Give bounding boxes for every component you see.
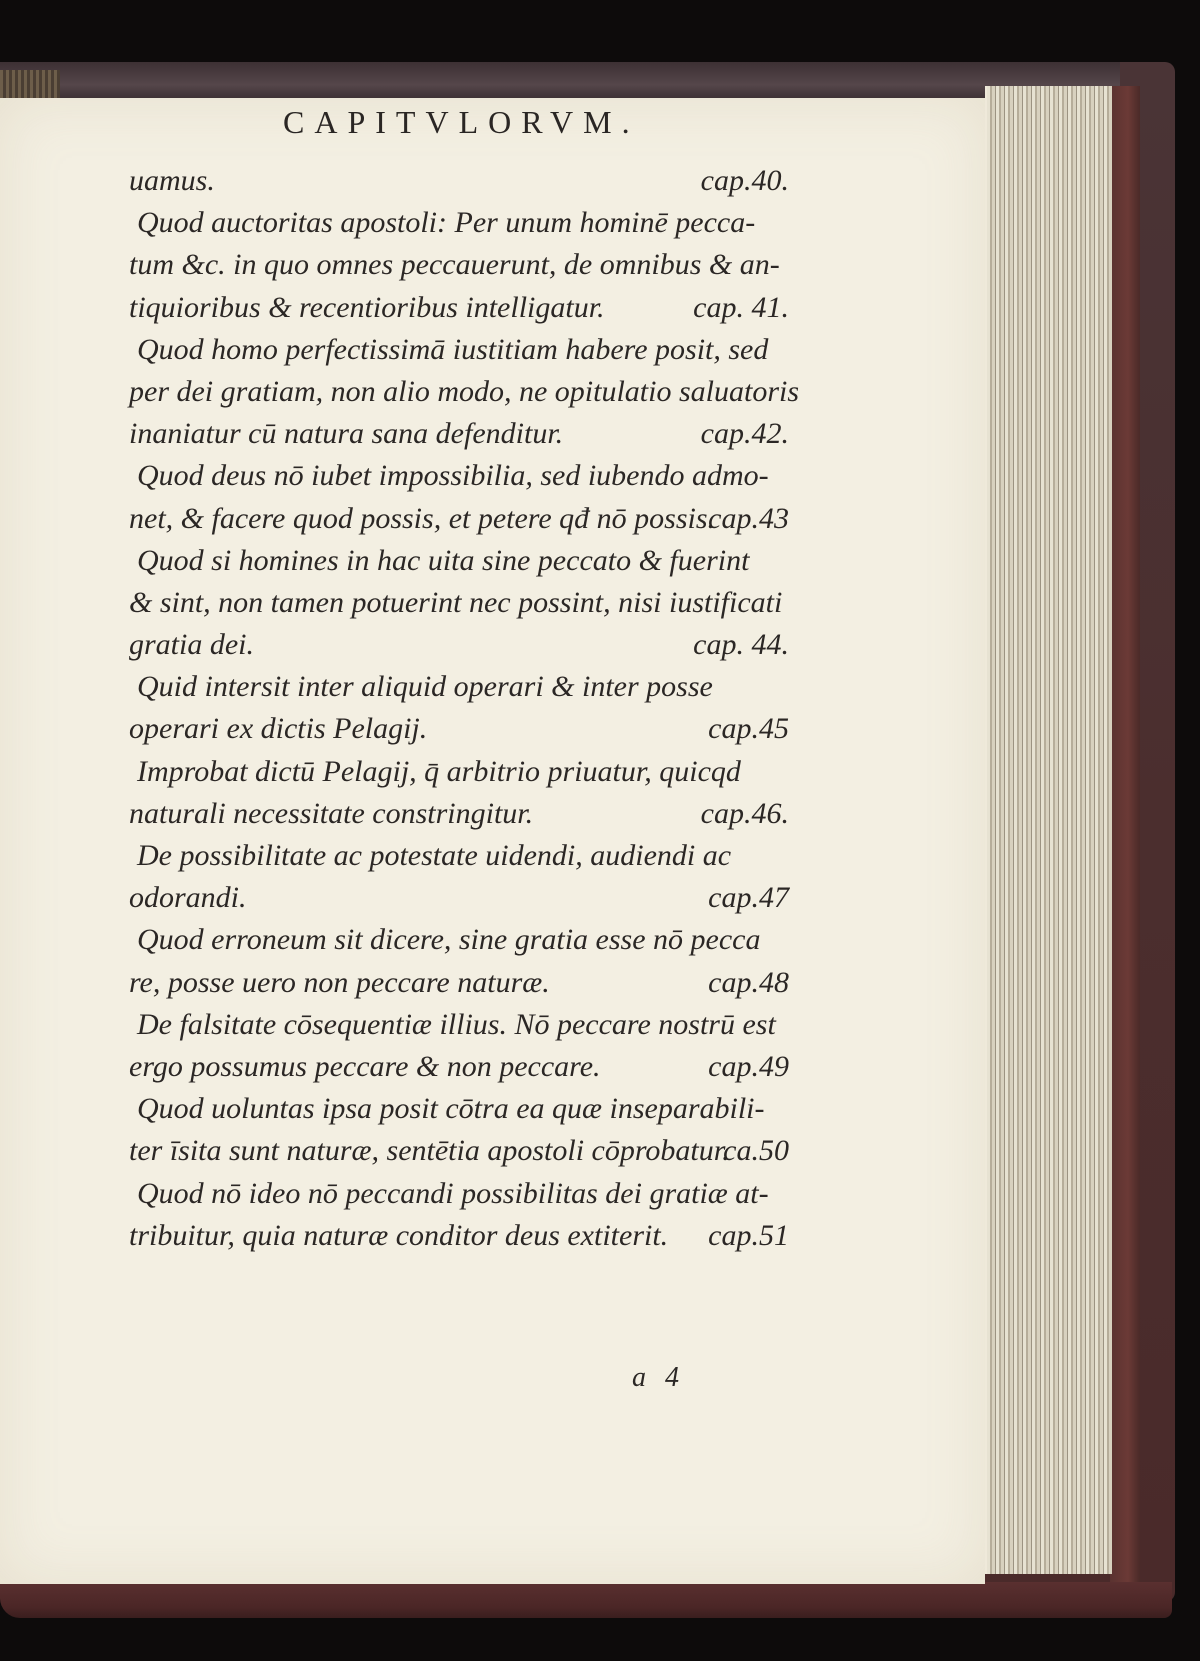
page-fore-edge xyxy=(985,86,1112,1574)
text-line: Quod nō ideo nō peccandi possibilitas de… xyxy=(129,1173,789,1215)
line-text: odorandi. xyxy=(129,877,247,919)
chapter-number: cap.48 xyxy=(708,962,789,1004)
chapter-number: cap. 41. xyxy=(693,287,789,329)
text-line: operari ex dictis Pelagij.cap.45 xyxy=(129,708,789,750)
text-line: Quod si homines in hac uita sine peccato… xyxy=(129,540,789,582)
line-text: ergo possumus peccare & non peccare. xyxy=(129,1046,601,1088)
text-line: Improbat dictū Pelagij, q̄ arbitrio priu… xyxy=(129,751,789,793)
line-text: Quid intersit inter aliquid operari & in… xyxy=(137,666,713,708)
chapter-number: cap.43 xyxy=(708,498,789,540)
line-text: net, & facere quod possis, et petere qđ … xyxy=(129,498,715,540)
line-text: De falsitate cōsequentiæ illius. Nō pecc… xyxy=(137,1004,776,1046)
line-text: tiquioribus & recentioribus intelligatur… xyxy=(129,287,605,329)
line-text: Quod si homines in hac uita sine peccato… xyxy=(137,540,749,582)
text-line: De possibilitate ac potestate uidendi, a… xyxy=(129,835,789,877)
line-text: Quod homo perfectissimā iustitiam habere… xyxy=(137,329,768,371)
text-line: per dei gratiam, non alio modo, ne opitu… xyxy=(129,371,789,413)
text-line: gratia dei.cap. 44. xyxy=(129,624,789,666)
chapter-number: cap.42. xyxy=(701,413,789,455)
text-line: Quid intersit inter aliquid operari & in… xyxy=(129,666,789,708)
line-text: ter īsita sunt naturæ, sentētia apostoli… xyxy=(129,1130,730,1172)
running-head: CAPITVLORVM. xyxy=(283,104,640,141)
text-line: Quod homo perfectissimā iustitiam habere… xyxy=(129,329,789,371)
text-line: Quod erroneum sit dicere, sine gratia es… xyxy=(129,919,789,961)
line-text: & sint, non tamen potuerint nec possint,… xyxy=(129,582,782,624)
chapter-number: cap. 44. xyxy=(693,624,789,666)
book-cover-bottom-edge xyxy=(0,1582,1172,1618)
text-line: tiquioribus & recentioribus intelligatur… xyxy=(129,287,789,329)
chapter-number: cap.46. xyxy=(701,793,789,835)
spine-headband xyxy=(0,70,60,100)
chapter-number: cap.49 xyxy=(708,1046,789,1088)
chapter-number: cap.47 xyxy=(708,877,789,919)
text-line: odorandi.cap.47 xyxy=(129,877,789,919)
line-text: operari ex dictis Pelagij. xyxy=(129,708,427,750)
line-text: per dei gratiam, non alio modo, ne opitu… xyxy=(129,371,799,413)
line-text: tribuitur, quia naturæ conditor deus ext… xyxy=(129,1215,668,1257)
book-cover-top-edge xyxy=(0,62,1120,100)
line-text: re, posse uero non peccare naturæ. xyxy=(129,962,550,1004)
chapter-number: cap.45 xyxy=(708,708,789,750)
text-line: Quod uoluntas ipsa posit cōtra ea quæ in… xyxy=(129,1088,789,1130)
text-line: uamus.cap.40. xyxy=(129,160,789,202)
text-line: De falsitate cōsequentiæ illius. Nō pecc… xyxy=(129,1004,789,1046)
text-line: tribuitur, quia naturæ conditor deus ext… xyxy=(129,1215,789,1257)
line-text: inaniatur cū natura sana defenditur. xyxy=(129,413,563,455)
chapter-index-text: uamus.cap.40.Quod auctoritas apostoli: P… xyxy=(129,160,789,1257)
text-line: inaniatur cū natura sana defenditur.cap.… xyxy=(129,413,789,455)
line-text: gratia dei. xyxy=(129,624,254,666)
line-text: uamus. xyxy=(129,160,215,202)
book-cover-right-edge xyxy=(1110,86,1140,1586)
text-line: ergo possumus peccare & non peccare.cap.… xyxy=(129,1046,789,1088)
text-line: net, & facere quod possis, et petere qđ … xyxy=(129,498,789,540)
text-line: ter īsita sunt naturæ, sentētia apostoli… xyxy=(129,1130,789,1172)
text-line: naturali necessitate constringitur.cap.4… xyxy=(129,793,789,835)
text-line: Quod auctoritas apostoli: Per unum homin… xyxy=(129,202,789,244)
line-text: Quod deus nō iubet impossibilia, sed iub… xyxy=(137,455,769,497)
chapter-number: ca.50 xyxy=(723,1130,789,1172)
chapter-number: cap.40. xyxy=(701,160,789,202)
line-text: naturali necessitate constringitur. xyxy=(129,793,533,835)
line-text: Improbat dictū Pelagij, q̄ arbitrio priu… xyxy=(137,751,741,793)
chapter-number: cap.51 xyxy=(708,1215,789,1257)
line-text: Quod uoluntas ipsa posit cōtra ea quæ in… xyxy=(137,1088,765,1130)
text-line: Quod deus nō iubet impossibilia, sed iub… xyxy=(129,455,789,497)
printer-signature: a 4 xyxy=(632,1362,685,1394)
text-line: re, posse uero non peccare naturæ.cap.48 xyxy=(129,962,789,1004)
line-text: Quod nō ideo nō peccandi possibilitas de… xyxy=(137,1173,769,1215)
line-text: Quod auctoritas apostoli: Per unum homin… xyxy=(137,202,755,244)
text-line: & sint, non tamen potuerint nec possint,… xyxy=(129,582,789,624)
text-line: tum &c. in quo omnes peccauerunt, de omn… xyxy=(129,244,789,286)
line-text: tum &c. in quo omnes peccauerunt, de omn… xyxy=(129,244,780,286)
line-text: Quod erroneum sit dicere, sine gratia es… xyxy=(137,919,760,961)
line-text: De possibilitate ac potestate uidendi, a… xyxy=(137,835,731,877)
